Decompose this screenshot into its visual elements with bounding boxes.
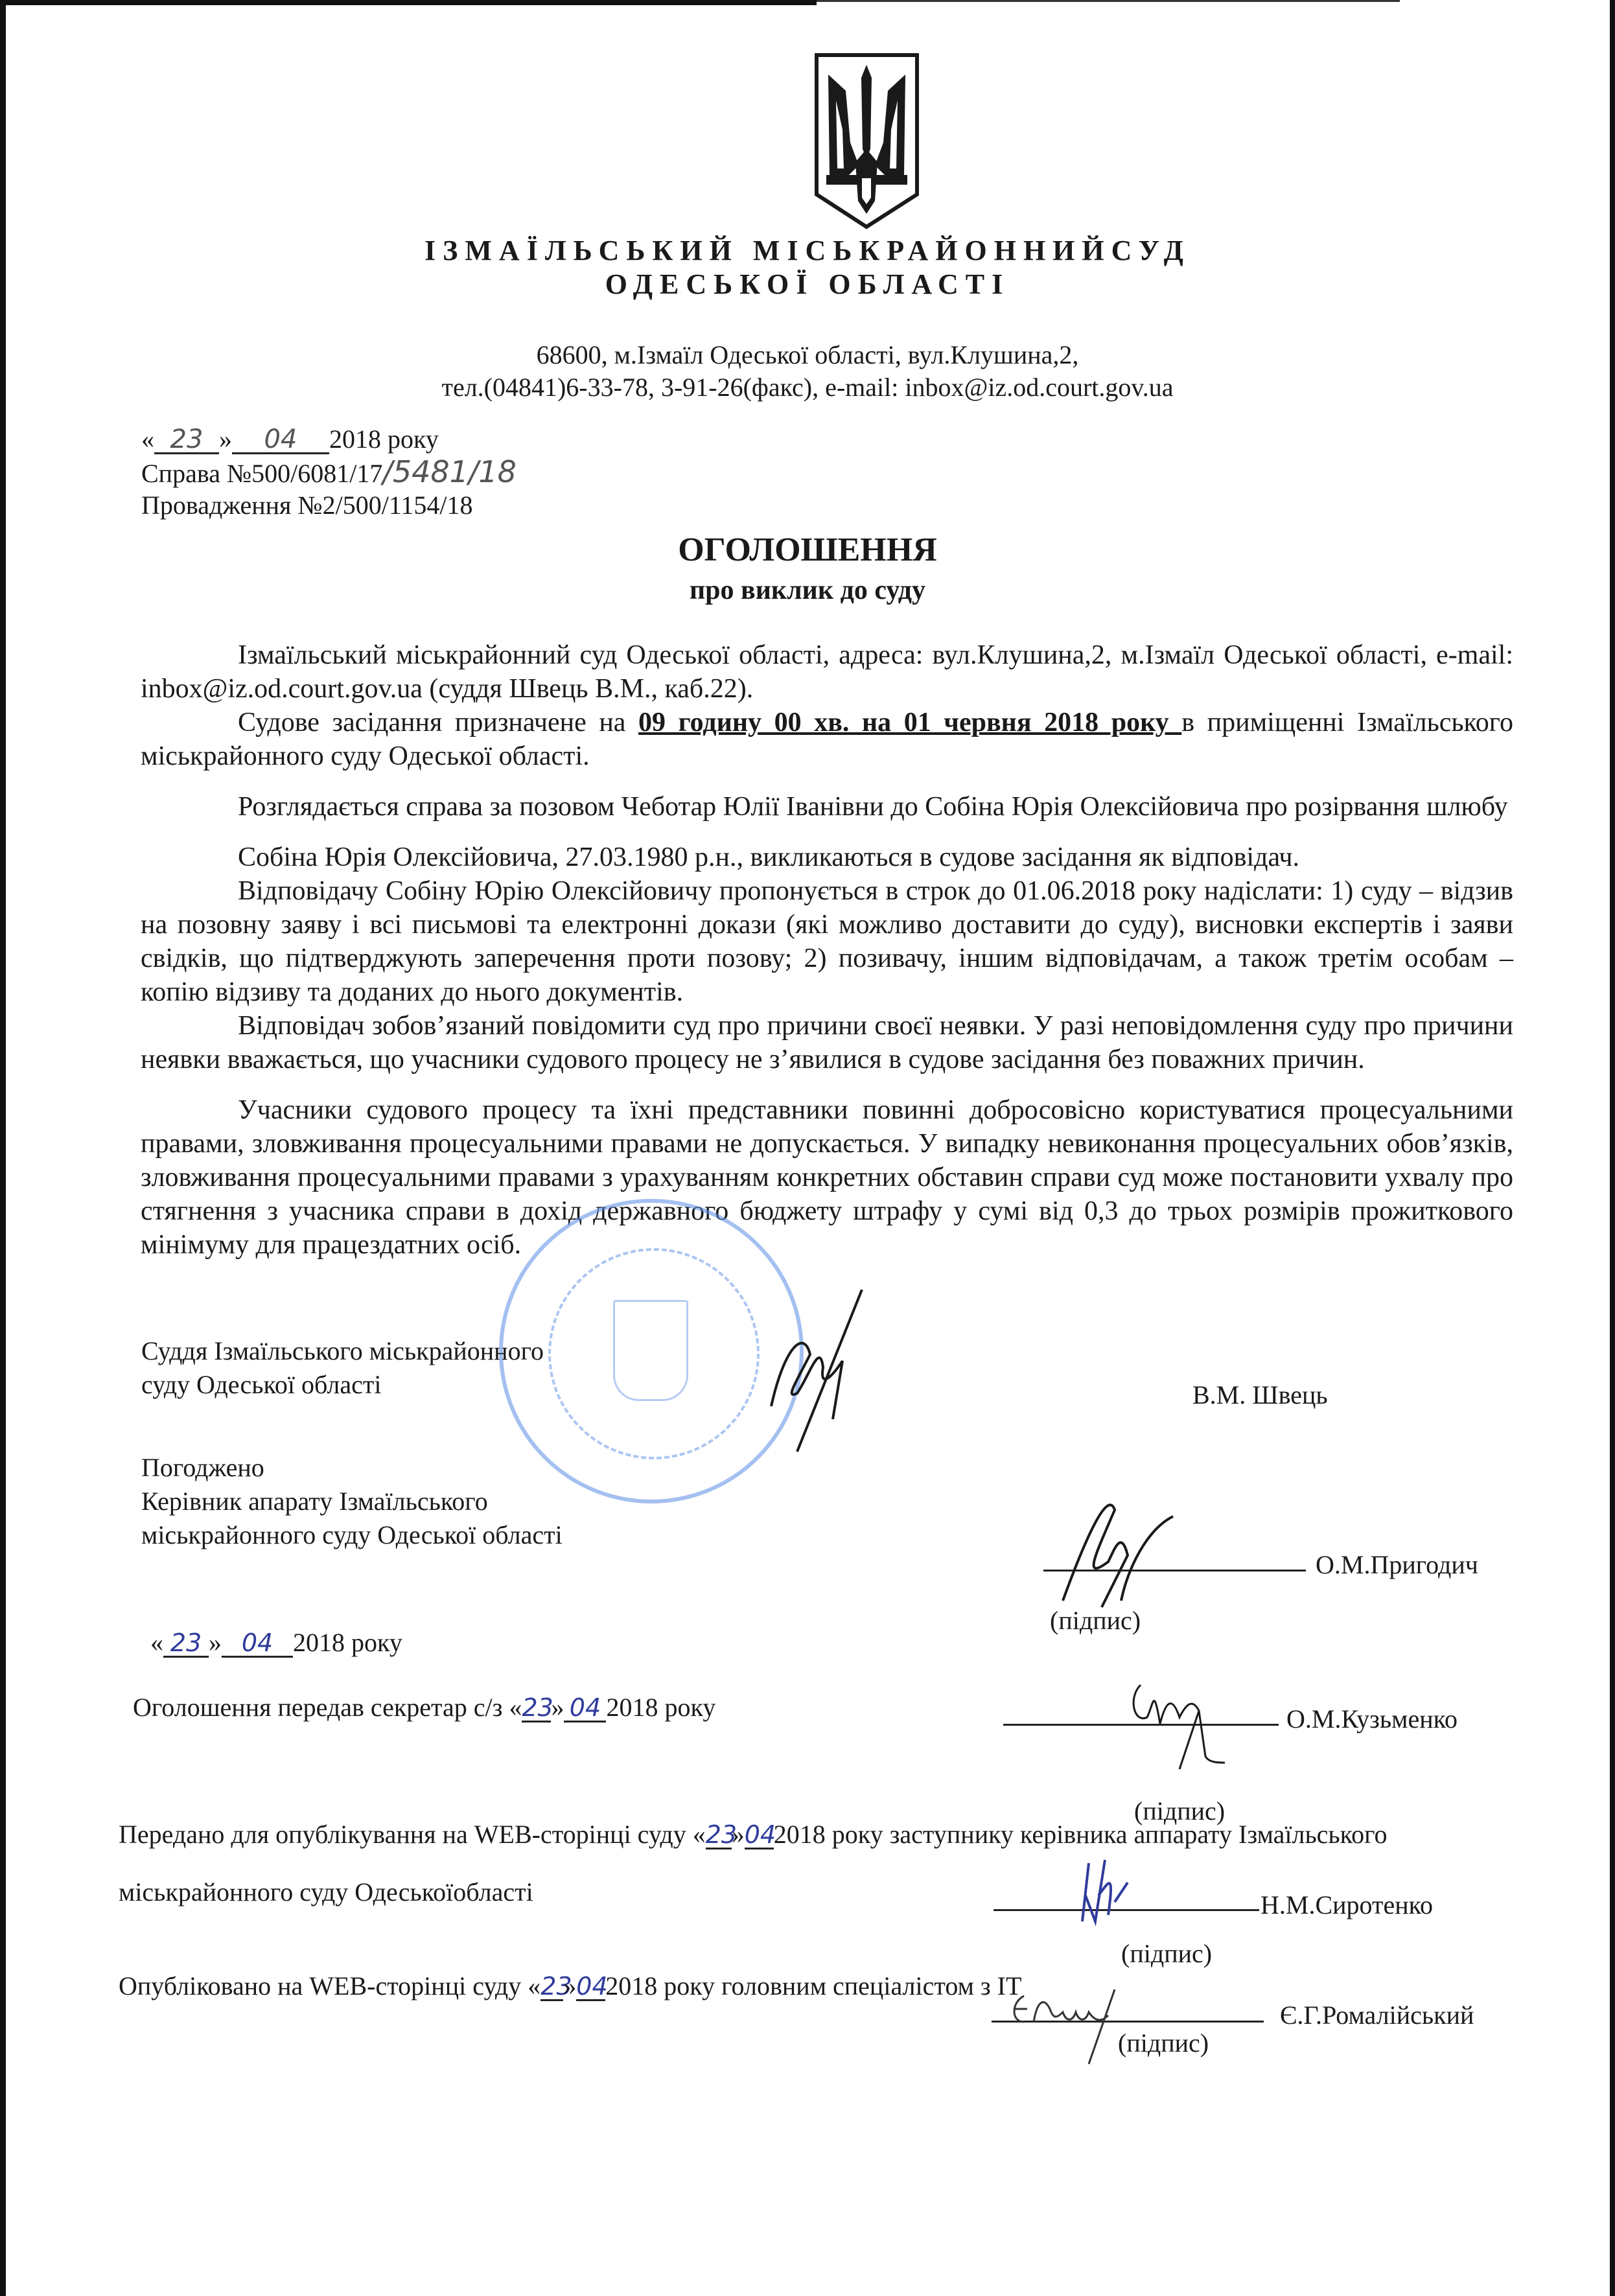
case-number-handwritten: /5481/18 <box>382 454 517 489</box>
secretary-name: О.М.Кузьменко <box>1286 1703 1458 1735</box>
approved-role-line2: міськрайонного суду Одеської області <box>141 1519 563 1551</box>
announcement-body: Ізмаїльський міськрайонний суд Одеської … <box>141 638 1513 1262</box>
secretary-date-month: 04 <box>564 1695 606 1722</box>
publication-transfer-line: Передано для опублікування на WEB-сторін… <box>119 1818 1388 1851</box>
approved-name: О.М.Пригодич <box>1316 1549 1478 1581</box>
transfer-name: Н.М.Сиротенко <box>1261 1889 1433 1921</box>
judge-signature-icon <box>758 1290 875 1458</box>
paragraph-case: Розглядається справа за позовом Чеботар … <box>141 790 1513 824</box>
published-name: Є.Г.Ромалійський <box>1280 1999 1474 2032</box>
paragraph-absence: Відповідач зобов’язаний повідомити суд п… <box>141 1009 1513 1076</box>
approved-label: Погоджено <box>141 1452 264 1484</box>
approved-date-day: 23 <box>163 1630 209 1658</box>
published-signature-caption: (підпис) <box>1118 2027 1209 2059</box>
proceeding-number: Провадження №2/500/1154/18 <box>141 491 472 520</box>
judge-title-line1: Суддя Ізмаїльського міськрайонного <box>141 1335 544 1367</box>
document-date: «23»042018 року <box>141 424 439 454</box>
publication-transfer-line2: міськрайонного суду Одеськоїобласті <box>119 1876 533 1908</box>
transfer-date-day: 23 <box>706 1822 732 1850</box>
approved-signature-caption: (підпис) <box>1050 1605 1141 1637</box>
approved-signature-icon <box>1050 1490 1179 1614</box>
secretary-line: Оголошення передав секретар с/з «23»0420… <box>133 1691 715 1724</box>
court-name-line2: ОДЕСЬКОЇ ОБЛАСТІ <box>0 268 1615 301</box>
scan-border-top-thin <box>817 0 1400 2</box>
document-subtitle: про виклик до суду <box>0 574 1615 607</box>
case-number: Справа №500/6081/17/5481/18 <box>141 457 517 489</box>
approved-date: «23»042018 року <box>150 1627 402 1659</box>
paragraph-summons: Собіна Юрія Олексійовича, 27.03.1980 р.н… <box>141 841 1513 874</box>
approved-role-line1: Керівник апарату Ізмаїльського <box>141 1485 488 1518</box>
court-name-line1: ІЗМАЇЛЬСЬКИЙ МІСЬКРАЙОННИЙСУД <box>0 235 1615 267</box>
judge-title-line2: суду Одеської області <box>141 1369 381 1401</box>
court-address: 68600, м.Ізмаїл Одеської області, вул.Кл… <box>0 340 1615 371</box>
secretary-date-day: 23 <box>522 1695 551 1722</box>
seal-emblem-icon <box>613 1300 688 1401</box>
published-line: Опубліковано на WEB-сторінці суду «23»04… <box>119 1970 1021 2002</box>
paragraph-court-info: Ізмаїльський міськрайонний суд Одеської … <box>141 638 1513 706</box>
scan-border-top <box>0 0 817 5</box>
transfer-signature-icon <box>1063 1857 1167 1928</box>
document-title: ОГОЛОШЕННЯ <box>0 531 1615 569</box>
judge-name: В.М. Швець <box>1192 1379 1328 1411</box>
paragraph-hearing-time: Судове засідання призначене на 09 годину… <box>141 706 1513 773</box>
approved-date-month: 04 <box>222 1630 293 1658</box>
published-date-day: 23 <box>540 1973 563 2001</box>
date-month-field: 04 <box>232 426 329 454</box>
date-day-field: 23 <box>154 426 219 454</box>
paragraph-obligations: Учасники судового процесу та їхні предст… <box>141 1093 1513 1262</box>
court-contacts: тел.(04841)6-33-78, 3-91-26(факс), e-mai… <box>0 372 1615 403</box>
secretary-signature-icon <box>1128 1672 1225 1776</box>
ukraine-trident-icon <box>810 52 924 230</box>
published-date-month: 04 <box>576 1973 605 2001</box>
hearing-datetime: 09 годину 00 хв. на 01 червня 2018 року <box>638 708 1181 737</box>
transfer-date-month: 04 <box>745 1822 774 1850</box>
transfer-signature-caption: (підпис) <box>1121 1938 1212 1970</box>
paragraph-response: Відповідачу Собіну Юрію Олексійовичу про… <box>141 874 1513 1009</box>
